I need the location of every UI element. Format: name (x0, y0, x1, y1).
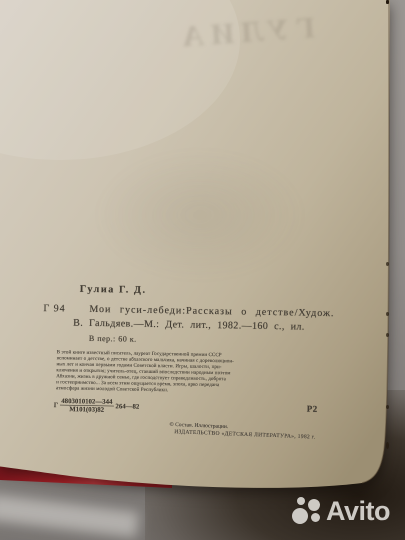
stitch-dot (386, 262, 389, 266)
catalog-order-number: 264—82 (115, 402, 139, 410)
catalog-denominator: М101(03)82 (60, 405, 114, 413)
stitch-dot (386, 405, 389, 409)
catalog-formula-row: Г 4803010102—344 М101(03)82 264—82 Р2 (54, 397, 350, 422)
catalog-prefix: Г (54, 401, 58, 409)
annotation-paragraph: В этой книге известный писатель, лауреат… (56, 349, 322, 396)
catalog-index: Г 94 (43, 303, 89, 315)
title-line: Мои гуси-лебеди:Рассказы о детстве/Худож… (89, 304, 334, 319)
avito-watermark: Avito (292, 495, 390, 527)
catalog-fraction: 4803010102—344 М101(03)82 (60, 397, 114, 413)
avito-wordmark: Avito (326, 498, 390, 525)
stitch-dot (386, 312, 389, 316)
category-code: Р2 (307, 404, 318, 414)
stitch-dot (386, 333, 389, 337)
annotation-wrap: В этой книге известный писатель, лауреат… (56, 349, 351, 400)
listing-photo: ГУЛИА Гулиа Г. Д. Г 94 Мои гуси-лебеди:Р… (0, 0, 405, 540)
catalog-formula: Г 4803010102—344 М101(03)82 264—82 (54, 397, 140, 414)
price-line: В пер.: 60 к. (89, 334, 351, 348)
author-line: Гулиа Г. Д. (80, 284, 352, 300)
avito-logo-icon (292, 495, 322, 527)
imprint-line: В. Гальдяев.—М.: Дет. лит., 1982.—160 с.… (73, 318, 351, 334)
stitch-dot (386, 0, 389, 4)
stitch-dot (386, 442, 389, 449)
bibliographic-block: Гулиа Г. Д. Г 94 Мои гуси-лебеди:Рассказ… (37, 277, 352, 444)
ghost-bleed-blob (95, 150, 305, 280)
